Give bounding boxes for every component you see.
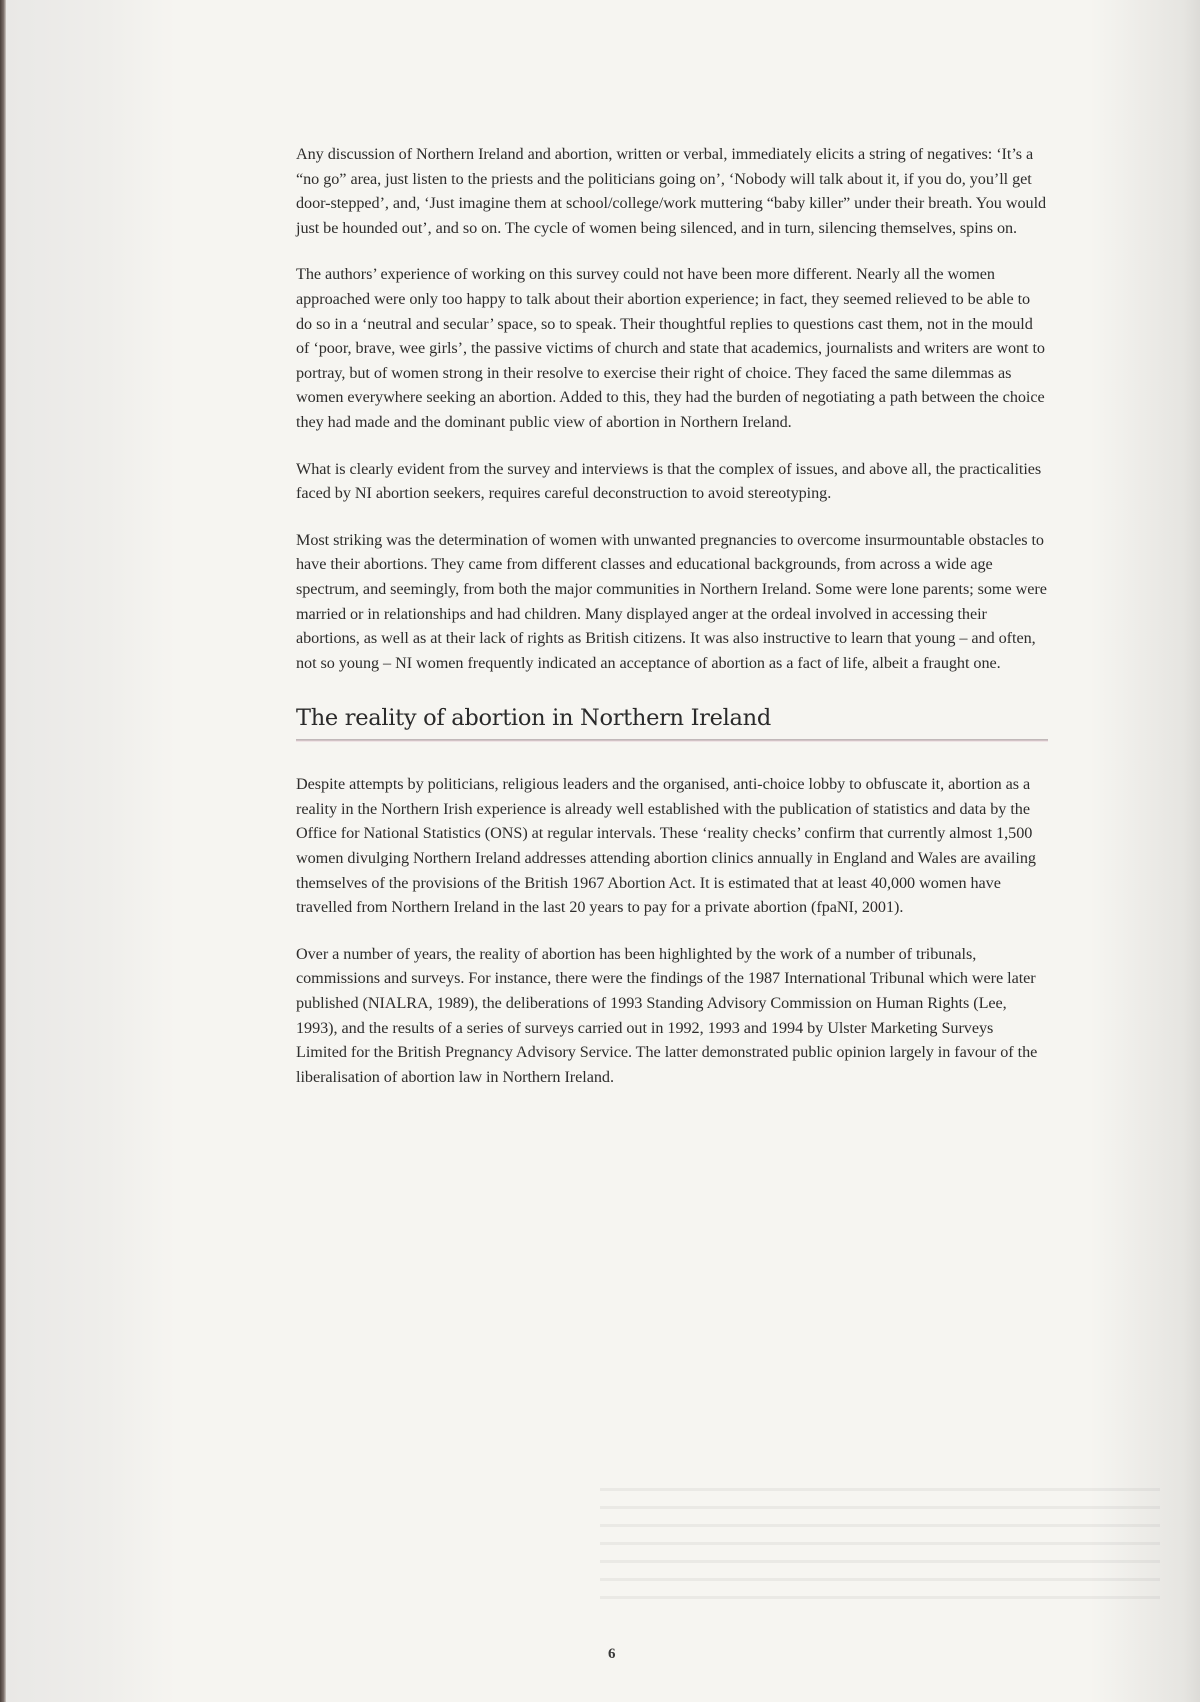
page-body: Any discussion of Northern Ireland and a… <box>296 142 1048 1089</box>
page-gutter-shadow <box>6 0 176 1702</box>
paragraph: Despite attempts by politicians, religio… <box>296 772 1048 920</box>
bleed-through-line <box>600 1578 1160 1581</box>
bleed-through-line <box>600 1488 1160 1491</box>
paragraph: Any discussion of Northern Ireland and a… <box>296 142 1048 240</box>
paragraph: The authors’ experience of working on th… <box>296 262 1048 434</box>
bleed-through-line <box>600 1596 1160 1599</box>
paragraph: Over a number of years, the reality of a… <box>296 942 1048 1090</box>
section-heading: The reality of abortion in Northern Irel… <box>296 703 1048 733</box>
paragraph: What is clearly evident from the survey … <box>296 457 1048 506</box>
heading-underline-rule <box>296 739 1048 742</box>
reality-section: The reality of abortion in Northern Irel… <box>296 703 1048 1089</box>
paragraph: Most striking was the determination of w… <box>296 528 1048 676</box>
bleed-through-line <box>600 1542 1160 1545</box>
bleed-through-line <box>600 1506 1160 1509</box>
intro-section: Any discussion of Northern Ireland and a… <box>296 142 1048 675</box>
page-edge-shadow <box>1090 0 1200 1702</box>
bleed-through-line <box>600 1560 1160 1563</box>
bleed-through-line <box>600 1524 1160 1527</box>
page-number: 6 <box>608 1646 616 1663</box>
